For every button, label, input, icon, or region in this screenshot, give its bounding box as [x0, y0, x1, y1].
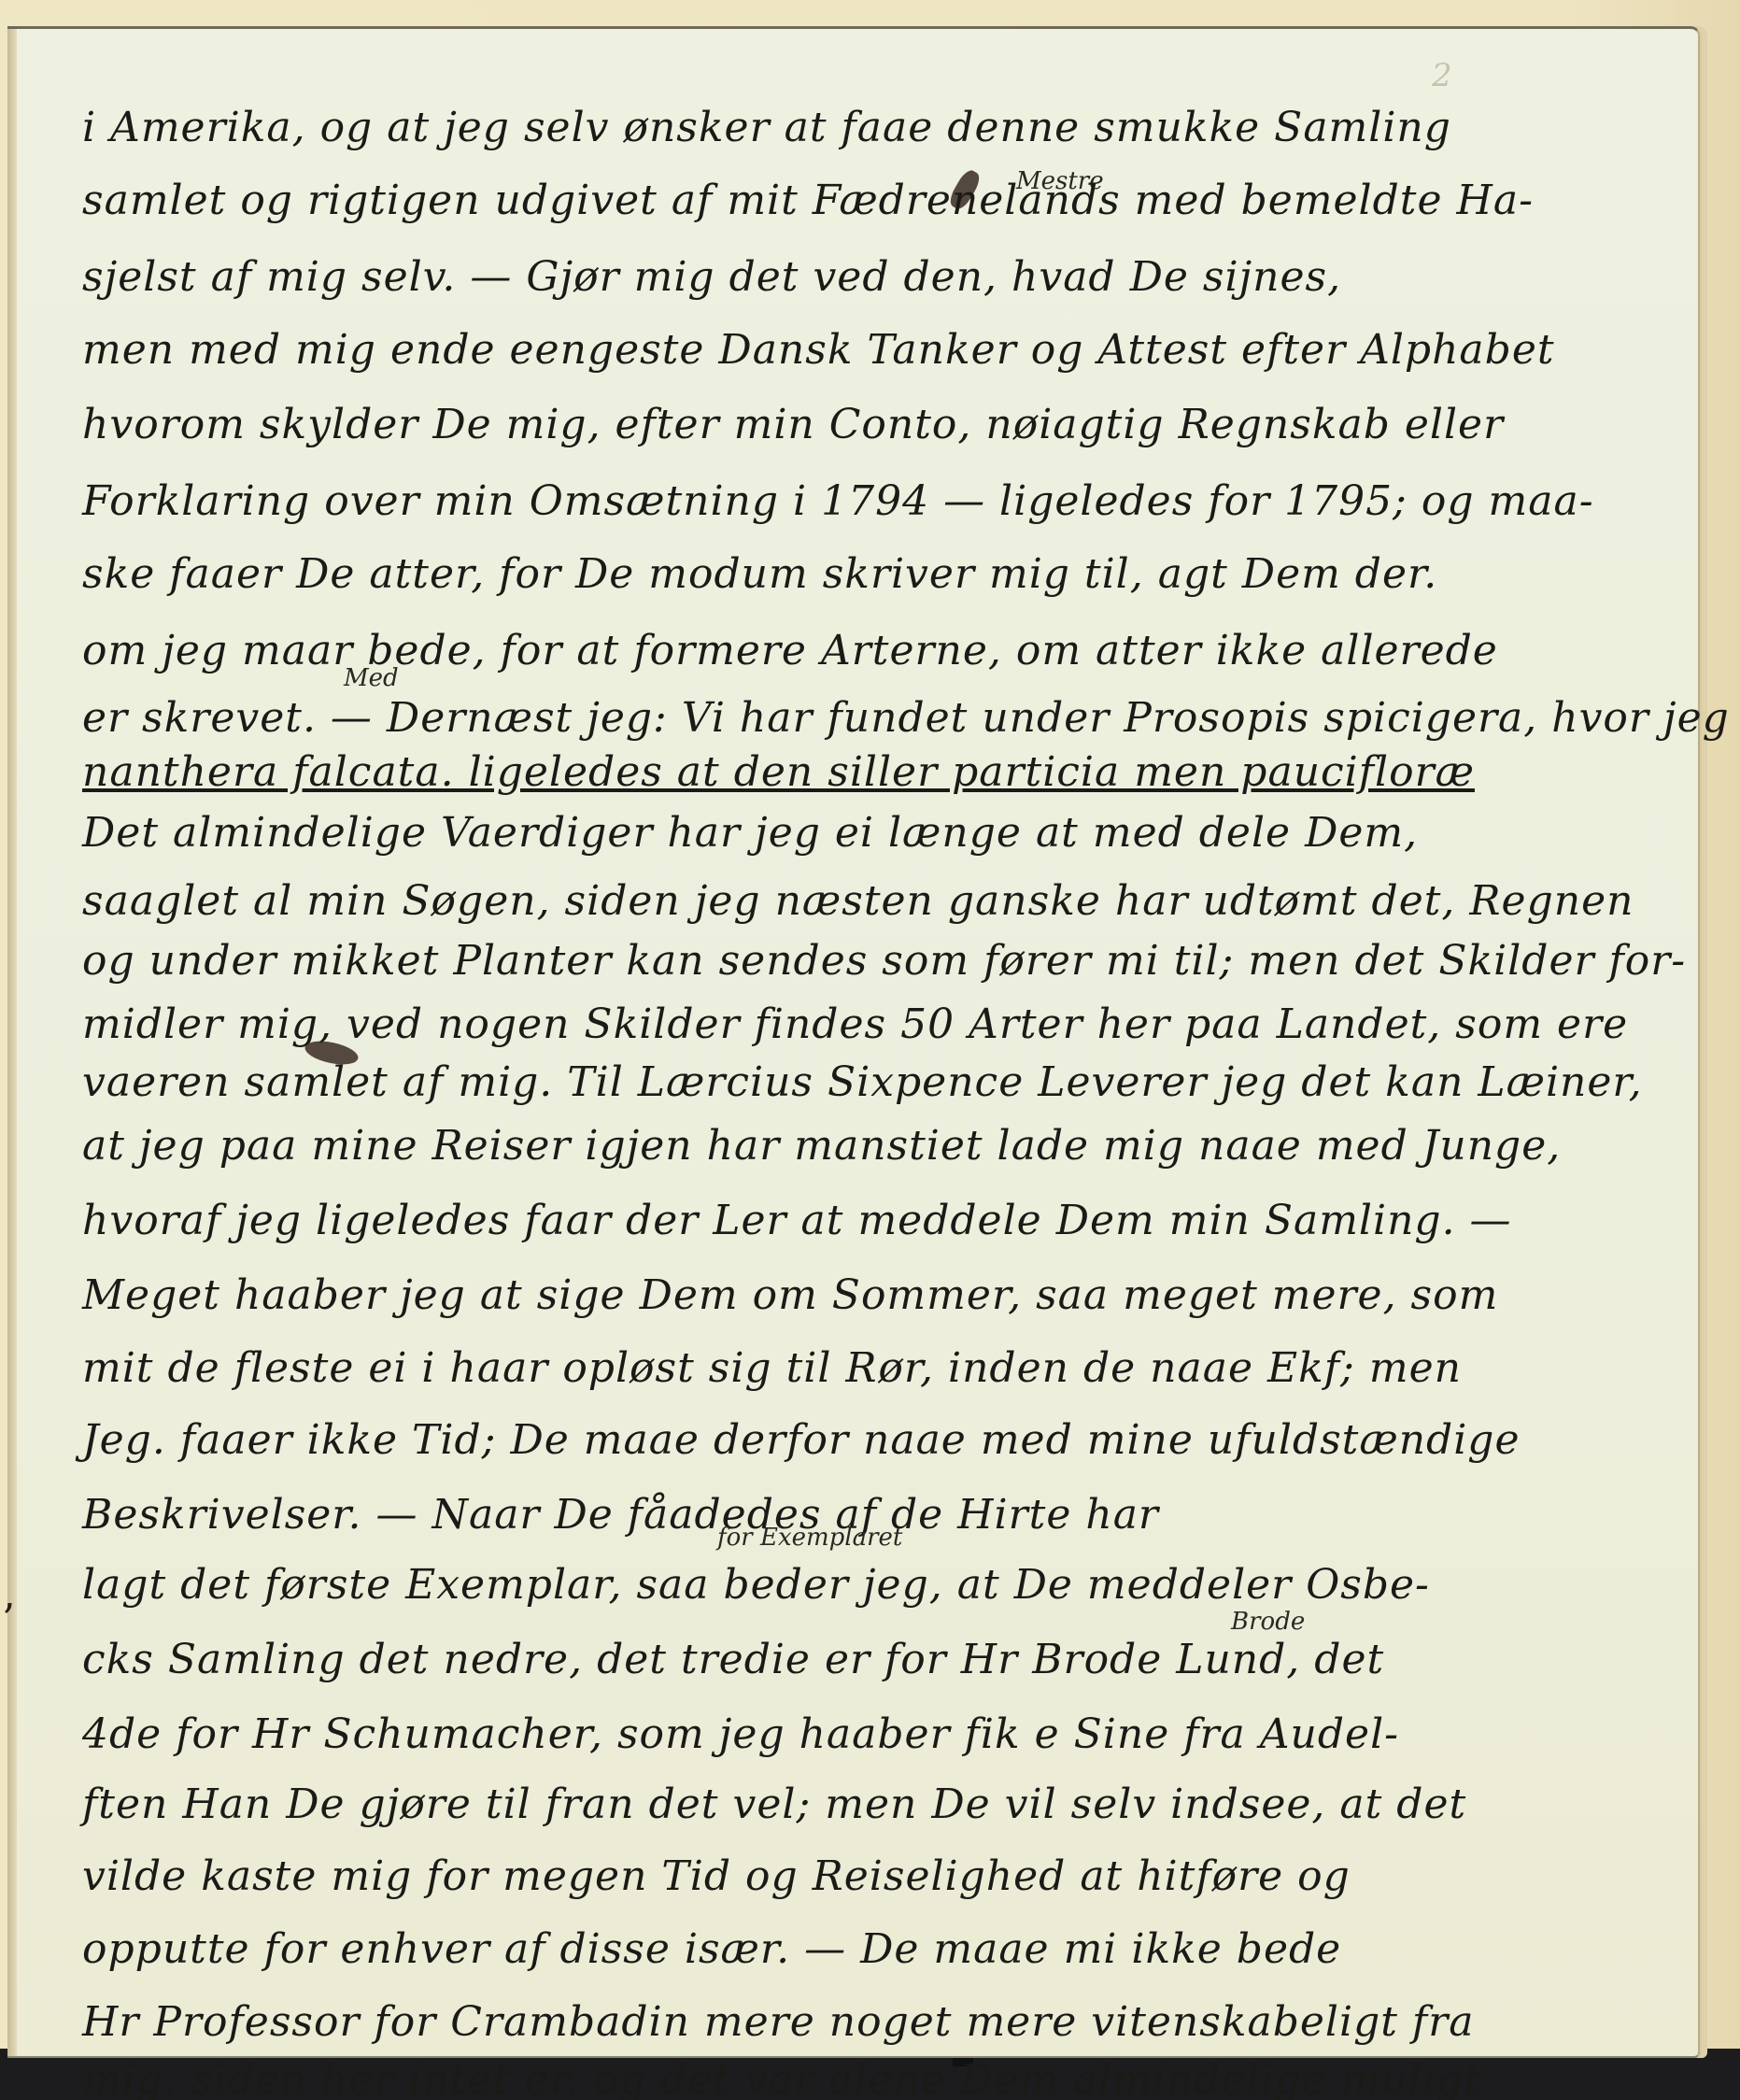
text-line: om jeg maar bede, for at formere Arterne…	[82, 627, 1498, 674]
text-line: og under mikket Planter kan sendes som f…	[82, 937, 1686, 985]
text-line: sjelst af mig selv. — Gjør mig det ved d…	[82, 253, 1341, 301]
text-line: Meget haaber jeg at sige Dem om Sommer, …	[82, 1271, 1498, 1319]
text-line: ske faaer De atter, for De modum skriver…	[82, 550, 1437, 598]
text-line: saaglet al min Søgen, siden jeg næsten g…	[82, 877, 1634, 925]
text-line: opputte for enhver af disse især. — De m…	[82, 1925, 1341, 1973]
text-line: men med mig ende eengeste Dansk Tanker o…	[82, 326, 1555, 374]
text-line: hvoraf jeg ligeledes faar der Ler at med…	[82, 1197, 1512, 1244]
page-left-edge	[7, 29, 17, 2056]
margin-tick-mark: ’	[2, 1596, 15, 1643]
text-line: Forklaring over min Omsætning i 1794 — l…	[82, 477, 1594, 525]
interlinear-insertion: Brode	[1231, 1608, 1305, 1636]
manuscript-page: 2 i Amerika, og at jeg selv ønsker at fa…	[7, 26, 1700, 2058]
text-line: mit de fleste ei i haar opløst sig til R…	[82, 1344, 1462, 1392]
text-line: ften Han De gjøre til fran det vel; men …	[82, 1781, 1466, 1828]
interlinear-insertion: for Exemplaret	[717, 1524, 902, 1552]
text-line: Beskrivelser. — Naar De fåadedes af de H…	[82, 1491, 1159, 1539]
text-line: 4de for Hr Schumacher, som jeg haaber fi…	[82, 1710, 1399, 1758]
text-line: mig, siden her intet er, og det var alen…	[82, 2056, 1481, 2100]
text-line: samlet og rigtigen udgivet af mit Fædren…	[82, 177, 1534, 224]
text-line: Det almindelige Vaerdiger har jeg ei læn…	[82, 809, 1418, 857]
text-line-underlined: nanthera falcata. ligeledes at den sille…	[82, 748, 1475, 796]
text-line: i Amerika, og at jeg selv ønsker at faae…	[82, 104, 1451, 151]
text-line: at jeg paa mine Reiser igjen har manstie…	[82, 1122, 1561, 1170]
text-line: cks Samling det nedre, det tredie er for…	[82, 1636, 1384, 1683]
text-line: hvorom skylder De mig, efter min Conto, …	[82, 401, 1504, 448]
text-line: vaeren samlet af mig. Til Lærcius Sixpen…	[82, 1058, 1643, 1106]
text-line: Jeg. faaer ikke Tid; De maae derfor naae…	[82, 1416, 1521, 1464]
faint-page-number: 2	[1432, 57, 1452, 94]
text-line: Hr Professor for Crambadin mere noget me…	[82, 1998, 1474, 2046]
text-line: er skrevet. — Dernæst jeg: Vi har fundet…	[82, 694, 1740, 742]
text-line: vilde kaste mig for megen Tid og Reiseli…	[82, 1852, 1351, 1900]
text-line: lagt det første Exemplar, saa beder jeg,…	[82, 1561, 1430, 1609]
interlinear-insertion: Med	[344, 664, 399, 692]
